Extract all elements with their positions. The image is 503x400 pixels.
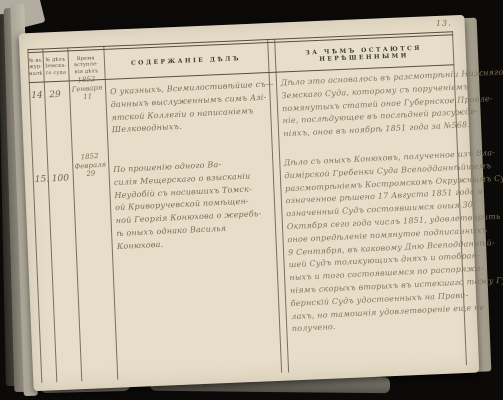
row1-date: 1852 Генваря 11 xyxy=(70,74,104,102)
row1-case-no: 29 xyxy=(49,90,61,100)
row1-content: О указныхъ, Всемилостивѣйше съ— данныхъ … xyxy=(110,78,276,137)
row2-journal-no: 15. xyxy=(35,174,50,185)
row2-content: По прошенію одного Ва- силія Мещерскаго … xyxy=(113,157,263,254)
header-case-no: № дѣлъ Земска- го суда xyxy=(43,51,69,81)
header-case-content-label: СОДЕРЖАНІЕ ДѢЛЪ xyxy=(131,55,241,67)
page-number: 13. xyxy=(436,18,452,28)
header-case-no-line: го суда xyxy=(45,69,67,76)
register-page: 13. № въ жур- налѣ № дѣлъ Земска- го суд… xyxy=(19,15,480,391)
header-journal-no-line: налѣ xyxy=(29,70,43,77)
row1-journal-no: 14 xyxy=(31,91,43,101)
row2-date: 1852 Февраля 29 xyxy=(73,151,107,179)
header-journal-no: № въ жур- налѣ xyxy=(28,53,44,83)
row2-case-no: 100 xyxy=(52,174,70,185)
row2-resolution: Дѣло съ оныхъ Конюховъ, полученное изъ В… xyxy=(283,146,503,336)
header-pending-reason-label: ЗА ЧѢМЪ ОСТАЮТСЯ НЕРѢШЕННЫМИ xyxy=(275,43,453,64)
register-table: № въ жур- налѣ № дѣлъ Земска- го суда Вр… xyxy=(27,31,467,383)
row1-resolution: Дѣло это основалось въ разсмотрѣніи Нижн… xyxy=(281,66,503,141)
